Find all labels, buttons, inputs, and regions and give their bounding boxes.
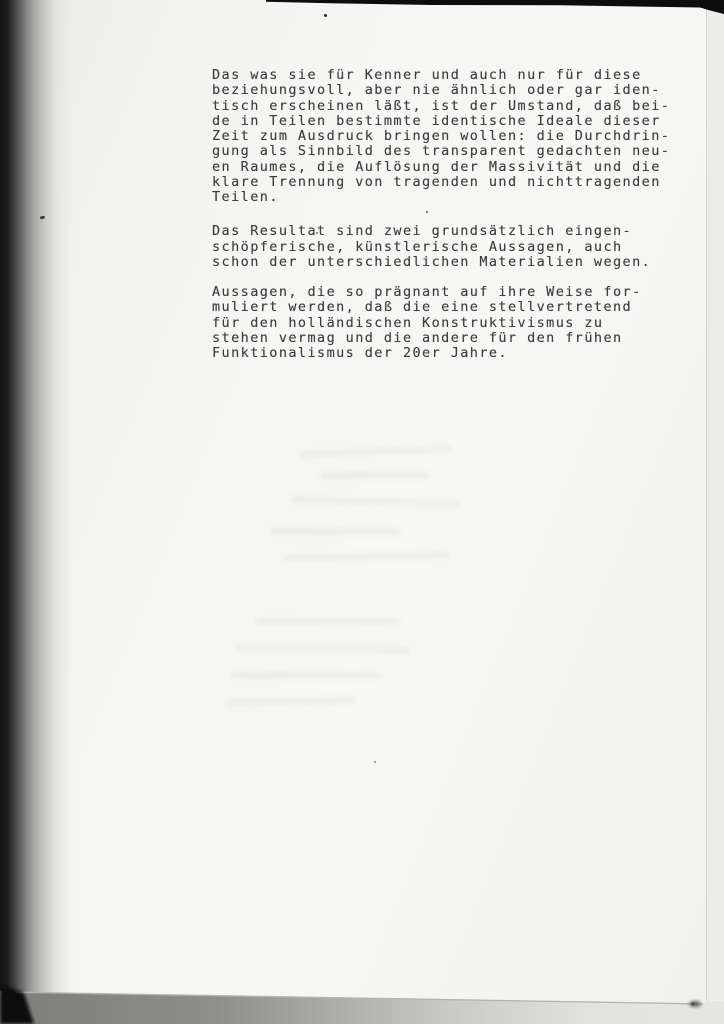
- text-line: tisch erscheinen läßt, ist der Umstand, …: [212, 99, 662, 114]
- text-line: muliert werden, daß die eine stellvertre…: [212, 300, 662, 315]
- text-line: stehen vermag und die andere für den frü…: [212, 331, 662, 346]
- text-line: Das was sie für Kenner und auch nur für …: [212, 68, 662, 83]
- top-edge-strip: [266, 0, 724, 14]
- text-line: Aussagen, die so prägnant auf ihre Weise…: [212, 285, 662, 300]
- corner-mark: [689, 1001, 701, 1007]
- text-line: Funktionalismus der 20er Jahre.: [212, 346, 662, 361]
- text-line: schon der unterschiedlichen Materialien …: [212, 255, 662, 270]
- text-line: Zeit zum Ausdruck bringen wollen: die Du…: [212, 129, 662, 144]
- text-line: gung als Sinnbild des transparent gedach…: [212, 144, 662, 159]
- text-line: en Raumes, die Auflösung der Massivität …: [212, 160, 662, 175]
- typewritten-text: Das was sie für Kenner und auch nur für …: [212, 68, 662, 376]
- text-line: klare Trennung von tragenden und nichttr…: [212, 175, 662, 190]
- text-line: Das Resultat sind zwei grundsätzlich ein…: [212, 224, 662, 239]
- paragraph-2: Das Resultat sind zwei grundsätzlich ein…: [212, 224, 662, 270]
- table-surface: [0, 992, 724, 1024]
- text-line: für den holländischen Konstruktivismus z…: [212, 316, 662, 331]
- scanned-page: Das was sie für Kenner und auch nur für …: [0, 0, 724, 1024]
- paragraph-3: Aussagen, die so prägnant auf ihre Weise…: [212, 285, 662, 361]
- paragraph-1: Das was sie für Kenner und auch nur für …: [212, 68, 662, 205]
- text-line: de in Teilen bestimmte identische Ideale…: [212, 114, 662, 129]
- text-line: Teilen.: [212, 190, 662, 205]
- text-line: beziehungsvoll, aber nie ähnlich oder ga…: [212, 83, 662, 98]
- text-line: schöpferische, künstlerische Aussagen, a…: [212, 240, 662, 255]
